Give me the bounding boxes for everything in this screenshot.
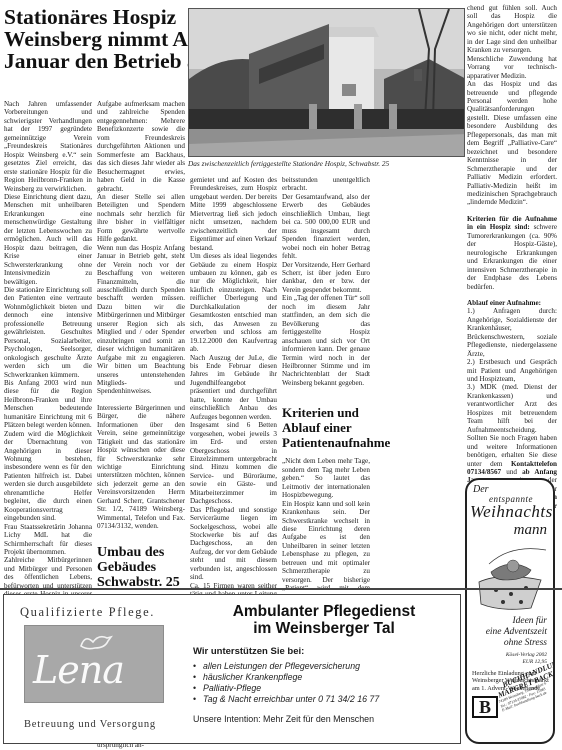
lena-logo: Lena xyxy=(24,625,164,703)
intention-text: Unsere Intention: Mehr Zeit für den Mens… xyxy=(193,714,460,724)
support-heading: Wir unterstützen Sie bei: xyxy=(193,646,460,657)
paragraph: Insgesamt sind 6 Betten vorgesehen, wobe… xyxy=(190,421,277,506)
hospice-building-photo xyxy=(188,8,465,157)
photo-caption: Das zwischenzeitlich fertiggestellte Sta… xyxy=(188,159,465,168)
service-title: Ambulanter Pflegedienst im Weinsberger T… xyxy=(188,603,460,637)
service-item: allen Leistungen der Pflegeversicherung xyxy=(193,661,460,672)
service-info-block: Ambulanter Pflegedienst im Weinsberger T… xyxy=(188,595,460,743)
lena-logo-text: Lena xyxy=(33,648,124,692)
article-column-5: chend gut fühlen soll. Auch soll das Hos… xyxy=(467,4,557,519)
paragraph: Die stationäre Einrichtung soll den Pati… xyxy=(4,286,92,379)
paragraph: Der Gesamtaufwand, also der Erwerb des G… xyxy=(282,193,370,261)
paragraph: chend gut fühlen soll. Auch soll das Hos… xyxy=(467,4,557,55)
ad-tagline: Ideen für eine Adventszeit ohne Stress xyxy=(486,616,547,649)
paragraph: Der Vorsitzende, Herr Gerhard Scherr, is… xyxy=(282,261,370,295)
paragraph: Bis Anfang 2003 wird nun diese für die R… xyxy=(4,379,92,430)
paragraph: Nach Auszug der JuLe, die bis Ende Febru… xyxy=(190,354,277,422)
lena-logo-block: Qualifizierte Pflege. Lena Betreuung und… xyxy=(4,595,184,743)
paragraph: Nach Jahren umfassender Vorbereitungen u… xyxy=(4,100,92,193)
paragraph: Das Pflegebad und sonstige Serviceräume … xyxy=(190,506,277,582)
paragraph: beitsstunden unentgeltlich erbracht. xyxy=(282,176,370,193)
paragraph: An dieser Stelle sei allen Beteiligten u… xyxy=(97,193,185,244)
paragraph: An das Hospiz und das betreuende und pfl… xyxy=(467,80,557,207)
ad-tagline: Betreuung und Versorgung xyxy=(24,719,156,730)
ad-title-1: Weihnachts- xyxy=(470,502,555,522)
santa-illustration-icon xyxy=(471,542,553,612)
paragraph: Ein „Tag der offenen Tür“ soll noch im d… xyxy=(282,294,370,387)
ablauf-heading: Ablauf einer Aufnahme: xyxy=(467,299,557,307)
service-item: Palliativ-Pflege xyxy=(193,683,460,694)
paragraph: Menschliche Zuwendung hat Vorrang vor te… xyxy=(467,55,557,80)
service-item: häuslicher Krankenpflege xyxy=(193,672,460,683)
section-heading-kriterien: Kriterien und Ablauf einer Patientenaufn… xyxy=(282,405,370,450)
ad-der: Der xyxy=(473,484,489,495)
paragraph: „Nicht dem Leben mehr Tage, sondern dem … xyxy=(282,457,370,499)
paragraph: Wenn nun das Hospiz Anfang Januar in Bet… xyxy=(97,244,185,396)
ad-slogan: Qualifizierte Pflege. xyxy=(20,605,155,620)
paragraph: Interessierte Bürgerinnen und Bürger, di… xyxy=(97,404,185,531)
paragraph: gemietet und auf Kosten des Freundeskrei… xyxy=(190,176,277,252)
paragraph: Um dieses als ideal liegendes Gebäude zu… xyxy=(190,252,277,353)
section-divider xyxy=(0,588,562,590)
ablauf-item: 2.) Erstbesuch und Gespräch mit Patient … xyxy=(467,358,557,383)
building-photo-image xyxy=(189,9,465,157)
service-item-phone: Tag & Nacht erreichbar unter 0 71 34/2 1… xyxy=(193,694,460,705)
paragraph: Frau Staatssekretärin Johanna Lichy MdL … xyxy=(4,523,92,557)
bookshop-name: BUCHHANDLUNG MARGRET BACK 74189 Weinsber… xyxy=(481,658,555,718)
paragraph: Aufgabe aufmerksam machen und zahlreiche… xyxy=(97,100,185,193)
bookshop-advertisement: Der entspannte Weihnachts- mann Ideen fü… xyxy=(465,478,555,744)
paragraph: Zudem wird die Möglichkeit der Übernacht… xyxy=(4,430,92,523)
care-service-advertisement: Qualifizierte Pflege. Lena Betreuung und… xyxy=(3,594,461,744)
services-list: allen Leistungen der Pflegeversicherung … xyxy=(193,661,460,705)
ad-title-2: mann xyxy=(514,522,547,539)
criteria-paragraph: Kriterien für die Aufnahme in ein Hospiz… xyxy=(467,215,557,291)
ablauf-item: 3.) MDK (med. Dienst der Krankenkassen) … xyxy=(467,383,557,434)
paragraph: Diese Einrichtung dient dazu, Menschen m… xyxy=(4,193,92,286)
ablauf-item: 1.) Anfragen durch: Angehörige, Sozialdi… xyxy=(467,307,557,358)
